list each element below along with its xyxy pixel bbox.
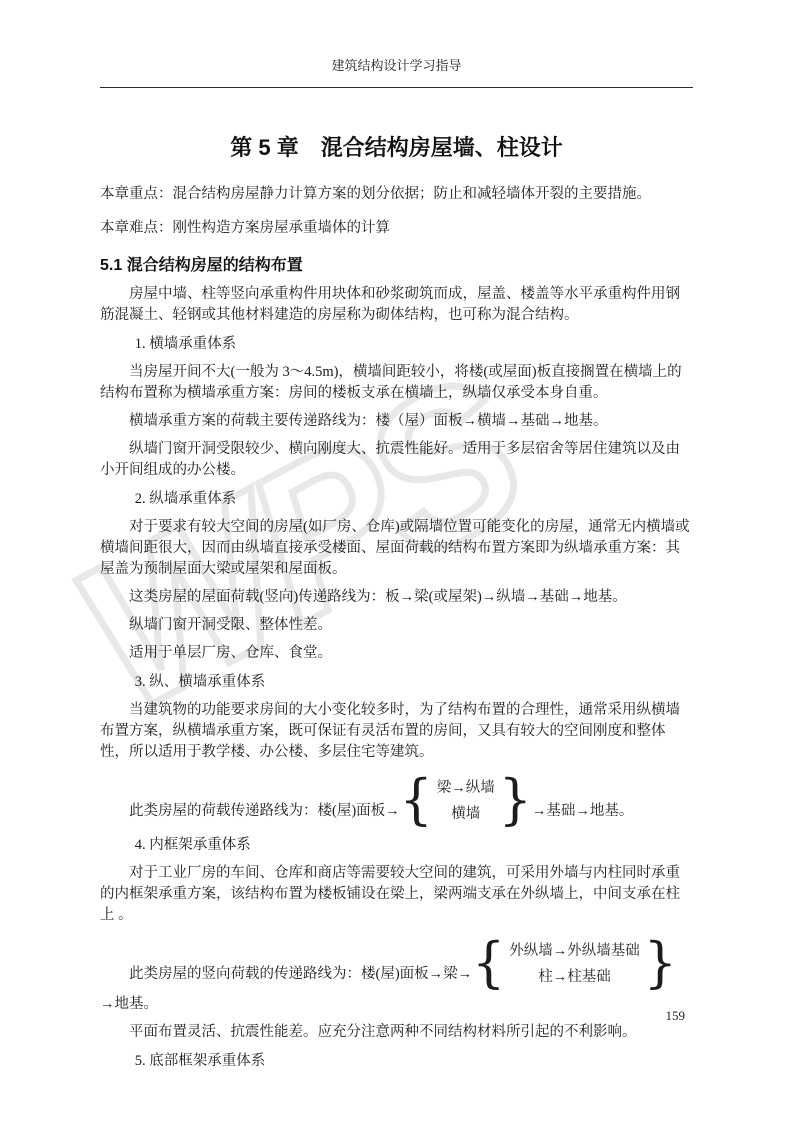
formula1-suffix: →基础→地基。 xyxy=(532,801,634,827)
page-content: 建筑结构设计学习指导 第 5 章 混合结构房屋墙、柱设计 本章重点：混合结构房屋… xyxy=(0,0,793,1072)
right-brace-icon xyxy=(644,935,677,992)
chapter-difficulties: 本章难点：刚性构造方案房屋承重墙体的计算 xyxy=(100,218,693,239)
formula1-branches: 梁→纵墙 横墙 xyxy=(433,775,499,827)
item3-title: 3. 纵、横墙承重体系 xyxy=(100,672,693,693)
item3-paragraph-1: 当建筑物的功能要求房间的大小变化较多时，为了结构布置的合理性，通常采用纵横墙布置… xyxy=(100,700,693,763)
running-header: 建筑结构设计学习指导 xyxy=(100,55,693,88)
formula1-prefix: 此类房屋的荷载传递路线为：楼(屋)面板→ xyxy=(129,801,400,827)
item3-load-path-formula: 此类房屋的荷载传递路线为：楼(屋)面板→ 梁→纵墙 横墙 →基础→地基。 xyxy=(129,773,693,827)
item2-load-path: 这类房屋的屋面荷载(竖向)传递路线为：板→梁(或屋架)→纵墙→基础→地基。 xyxy=(100,587,693,608)
section-intro-paragraph: 房屋中墙、柱等竖向承重构件用块体和砂浆砌筑而成，屋盖、楼盖等水平承重构件用钢筋混… xyxy=(100,284,693,326)
item4-title: 4. 内框架承重体系 xyxy=(100,835,693,856)
left-brace-icon xyxy=(472,935,505,992)
left-brace-icon xyxy=(400,772,433,829)
item2-title: 2. 纵墙承重体系 xyxy=(100,489,693,510)
document-page: WPS 建筑结构设计学习指导 第 5 章 混合结构房屋墙、柱设计 本章重点：混合… xyxy=(0,0,793,1122)
item5-title: 5. 底部框架承重体系 xyxy=(100,1051,693,1072)
item2-paragraph-4: 适用于单层厂房、仓库、食堂。 xyxy=(100,643,693,664)
item1-title: 1. 横墙承重体系 xyxy=(100,334,693,355)
formula2-branches: 外纵墙→外纵墙基础 柱→柱基础 xyxy=(505,938,644,990)
item1-load-path: 横墙承重方案的荷载主要传递路线为：楼（屋）面板→横墙→基础→地基。 xyxy=(100,411,693,432)
chapter-title: 第 5 章 混合结构房屋墙、柱设计 xyxy=(100,134,693,162)
item4-paragraph-1: 对于工业厂房的车间、仓库和商店等需要较大空间的建筑，可采用外墙与内柱同时承重的内… xyxy=(100,863,693,926)
item2-paragraph-3: 纵墙门窗开洞受限、整体性差。 xyxy=(100,615,693,636)
formula2-prefix: 此类房屋的竖向荷载的传递路线为：楼(屋)面板→梁→ xyxy=(129,964,472,990)
formula1-branch-bottom: 横墙 xyxy=(437,801,495,827)
formula1-branch-top: 梁→纵墙 xyxy=(437,775,495,801)
formula2-branch-bottom: 柱→柱基础 xyxy=(509,964,640,990)
item2-paragraph-1: 对于要求有较大空间的房屋(如厂房、仓库)或隔墙位置可能变化的房屋，通常无内横墙或… xyxy=(100,517,693,580)
chapter-key-points: 本章重点：混合结构房屋静力计算方案的划分依据；防止和减轻墙体开裂的主要措施。 xyxy=(100,184,693,205)
section-heading-5-1: 5.1 混合结构房屋的结构布置 xyxy=(100,255,693,277)
page-number: 159 xyxy=(666,1008,686,1024)
item1-paragraph-3: 纵墙门窗开洞受限较少、横向刚度大、抗震性能好。适用于多层宿舍等居住建筑以及由小开… xyxy=(100,439,693,481)
item4-paragraph-2: 平面布置灵活、抗震性能差。应充分注意两种不同结构材料所引起的不利影响。 xyxy=(100,1022,693,1043)
item4-load-path-formula: 此类房屋的竖向荷载的传递路线为：楼(屋)面板→梁→ 外纵墙→外纵墙基础 柱→柱基… xyxy=(129,936,693,990)
formula2-branch-top: 外纵墙→外纵墙基础 xyxy=(509,938,640,964)
item1-paragraph-1: 当房屋开间不大(一般为 3～4.5m)，横墙间距较小，将楼(或屋面)板直接搁置在… xyxy=(100,362,693,404)
right-brace-icon xyxy=(499,772,532,829)
formula2-suffix-line: →地基。 xyxy=(100,994,693,1015)
